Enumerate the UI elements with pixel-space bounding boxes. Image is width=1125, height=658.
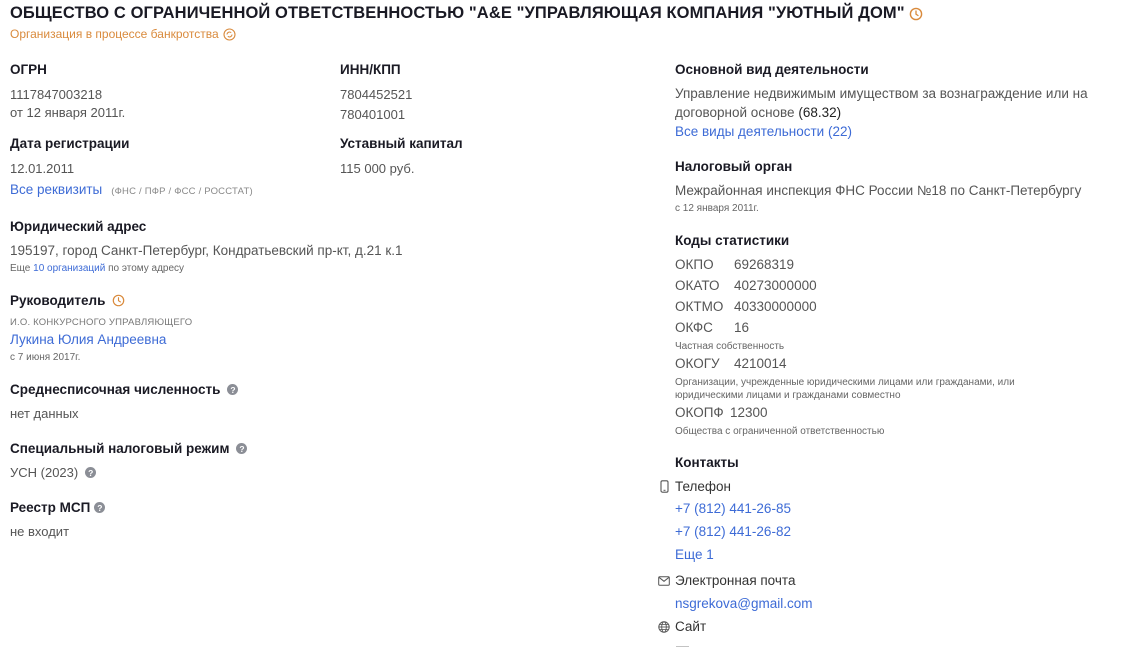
okato-key: ОКАТО [675, 278, 734, 293]
all-details-row: Все реквизиты (ФНС / ПФР / ФСС / РОССТАТ… [10, 182, 253, 197]
email-label: Электронная почта [675, 573, 795, 588]
tax-regime-value: УСН (2023) [10, 465, 78, 480]
phone-link-1[interactable]: +7 (812) 441-26-85 [675, 501, 791, 516]
okfs-value: 16 [734, 320, 749, 335]
tax-authority-label: Налоговый орган [675, 159, 792, 174]
help-icon[interactable]: ? [85, 467, 96, 478]
site-label: Сайт [675, 619, 706, 634]
address-value: 195197, город Санкт-Петербург, Кондратье… [10, 243, 403, 258]
ogrn-value: 1117847003218 [10, 87, 102, 102]
activity-line2-row: договорной основе (68.32) [675, 105, 841, 120]
okogu-note-line1: Организации, учрежденные юридическими ли… [675, 377, 1015, 388]
headcount-label-row: Среднесписочная численность ? [10, 382, 238, 397]
okpo-value: 69268319 [734, 257, 794, 272]
okato-value: 40273000000 [734, 278, 817, 293]
company-name: ОБЩЕСТВО С ОГРАНИЧЕННОЙ ОТВЕТСТВЕННОСТЬЮ… [10, 4, 905, 23]
address-more-suffix: по этому адресу [108, 263, 184, 274]
address-more-prefix: Еще [10, 263, 30, 274]
okpo-key: ОКПО [675, 257, 734, 272]
tax-regime-label-row: Специальный налоговый режим ? [10, 441, 247, 456]
status-text: Организация в процессе банкротства [10, 27, 219, 41]
tax-regime-label: Специальный налоговый режим [10, 441, 229, 456]
site-label-row: Сайт [657, 619, 706, 634]
activity-label: Основной вид деятельности [675, 62, 869, 77]
okogu-value: 4210014 [734, 356, 787, 371]
help-icon[interactable]: ? [236, 443, 247, 454]
ogrn-label: ОГРН [10, 62, 47, 77]
oktmo-value: 40330000000 [734, 299, 817, 314]
phone-icon [657, 480, 671, 493]
address-more: Еще 10 организаций по этому адресу [10, 263, 184, 274]
registration-label: Дата регистрации [10, 136, 129, 151]
okogu-note-line2: юридическими лицами и гражданами совмест… [675, 390, 901, 401]
address-label: Юридический адрес [10, 219, 146, 234]
okopf-row: ОКОПФ 12300 [675, 405, 768, 420]
oktmo-key: ОКТМО [675, 299, 734, 314]
headcount-label: Среднесписочная численность [10, 382, 220, 397]
address-more-link[interactable]: 10 организаций [33, 263, 105, 274]
all-details-note: (ФНС / ПФР / ФСС / РОССТАТ) [111, 186, 253, 197]
company-title: ОБЩЕСТВО С ОГРАНИЧЕННОЙ ОТВЕТСТВЕННОСТЬЮ… [10, 4, 923, 23]
phone-label: Телефон [675, 479, 731, 494]
oktmo-row: ОКТМО 40330000000 [675, 299, 817, 314]
registration-date: 12.01.2011 [10, 161, 74, 176]
contacts-label: Контакты [675, 455, 739, 470]
okogu-row: ОКОГУ 4210014 [675, 356, 787, 371]
globe-icon [657, 621, 671, 633]
capital-label: Уставный капитал [340, 136, 463, 151]
okfs-note: Частная собственность [675, 341, 784, 352]
phone-label-row: Телефон [657, 479, 731, 494]
director-position: И.О. КОНКУРСНОГО УПРАВЛЯЮЩЕГО [10, 317, 192, 328]
headcount-value: нет данных [10, 406, 79, 421]
okopf-value: 12300 [730, 405, 768, 420]
history-clock-icon[interactable] [909, 7, 923, 21]
okopf-note: Общества с ограниченной ответственностью [675, 426, 884, 437]
bankruptcy-status: Организация в процессе банкротства [10, 27, 236, 41]
inn-kpp-label: ИНН/КПП [340, 62, 401, 77]
okopf-key: ОКОПФ [675, 405, 730, 420]
okpo-row: ОКПО 69268319 [675, 257, 794, 272]
email-link[interactable]: nsgrekova@gmail.com [675, 596, 813, 611]
director-label-row: Руководитель [10, 293, 125, 308]
director-name-link[interactable]: Лукина Юлия Андреевна [10, 332, 166, 347]
tax-authority-since: с 12 января 2011г. [675, 203, 759, 214]
okfs-key: ОКФС [675, 320, 734, 335]
inn-value: 7804452521 [340, 87, 412, 102]
phone-link-2[interactable]: +7 (812) 441-26-82 [675, 524, 791, 539]
okogu-key: ОКОГУ [675, 356, 734, 371]
msp-value: не входит [10, 524, 69, 539]
help-icon[interactable]: ? [94, 502, 105, 513]
director-since: с 7 июня 2017г. [10, 352, 80, 363]
ogrn-date: от 12 января 2011г. [10, 105, 125, 120]
stat-codes-label: Коды статистики [675, 233, 789, 248]
help-icon[interactable]: ? [227, 384, 238, 395]
more-phones-link[interactable]: Еще 1 [675, 547, 714, 562]
all-activities-link[interactable]: Все виды деятельности (22) [675, 124, 852, 139]
history-clock-icon[interactable] [112, 294, 125, 307]
email-label-row: Электронная почта [657, 573, 795, 588]
tax-authority-value: Межрайонная инспекция ФНС России №18 по … [675, 183, 1081, 198]
site-value: — [676, 638, 689, 653]
capital-value: 115 000 руб. [340, 161, 414, 176]
activity-code: (68.32) [798, 105, 841, 120]
activity-line1: Управление недвижимым имуществом за возн… [675, 86, 1088, 101]
bankruptcy-process-icon[interactable] [223, 28, 236, 41]
msp-label: Реестр МСП [10, 500, 90, 515]
all-details-link[interactable]: Все реквизиты [10, 182, 102, 197]
activity-line2: договорной основе [675, 105, 795, 120]
mail-icon [657, 576, 671, 586]
director-label: Руководитель [10, 293, 105, 308]
kpp-value: 780401001 [340, 107, 405, 122]
okato-row: ОКАТО 40273000000 [675, 278, 817, 293]
tax-regime-value-row: УСН (2023) ? [10, 465, 96, 480]
okfs-row: ОКФС 16 [675, 320, 749, 335]
msp-label-row: Реестр МСП ? [10, 500, 105, 515]
